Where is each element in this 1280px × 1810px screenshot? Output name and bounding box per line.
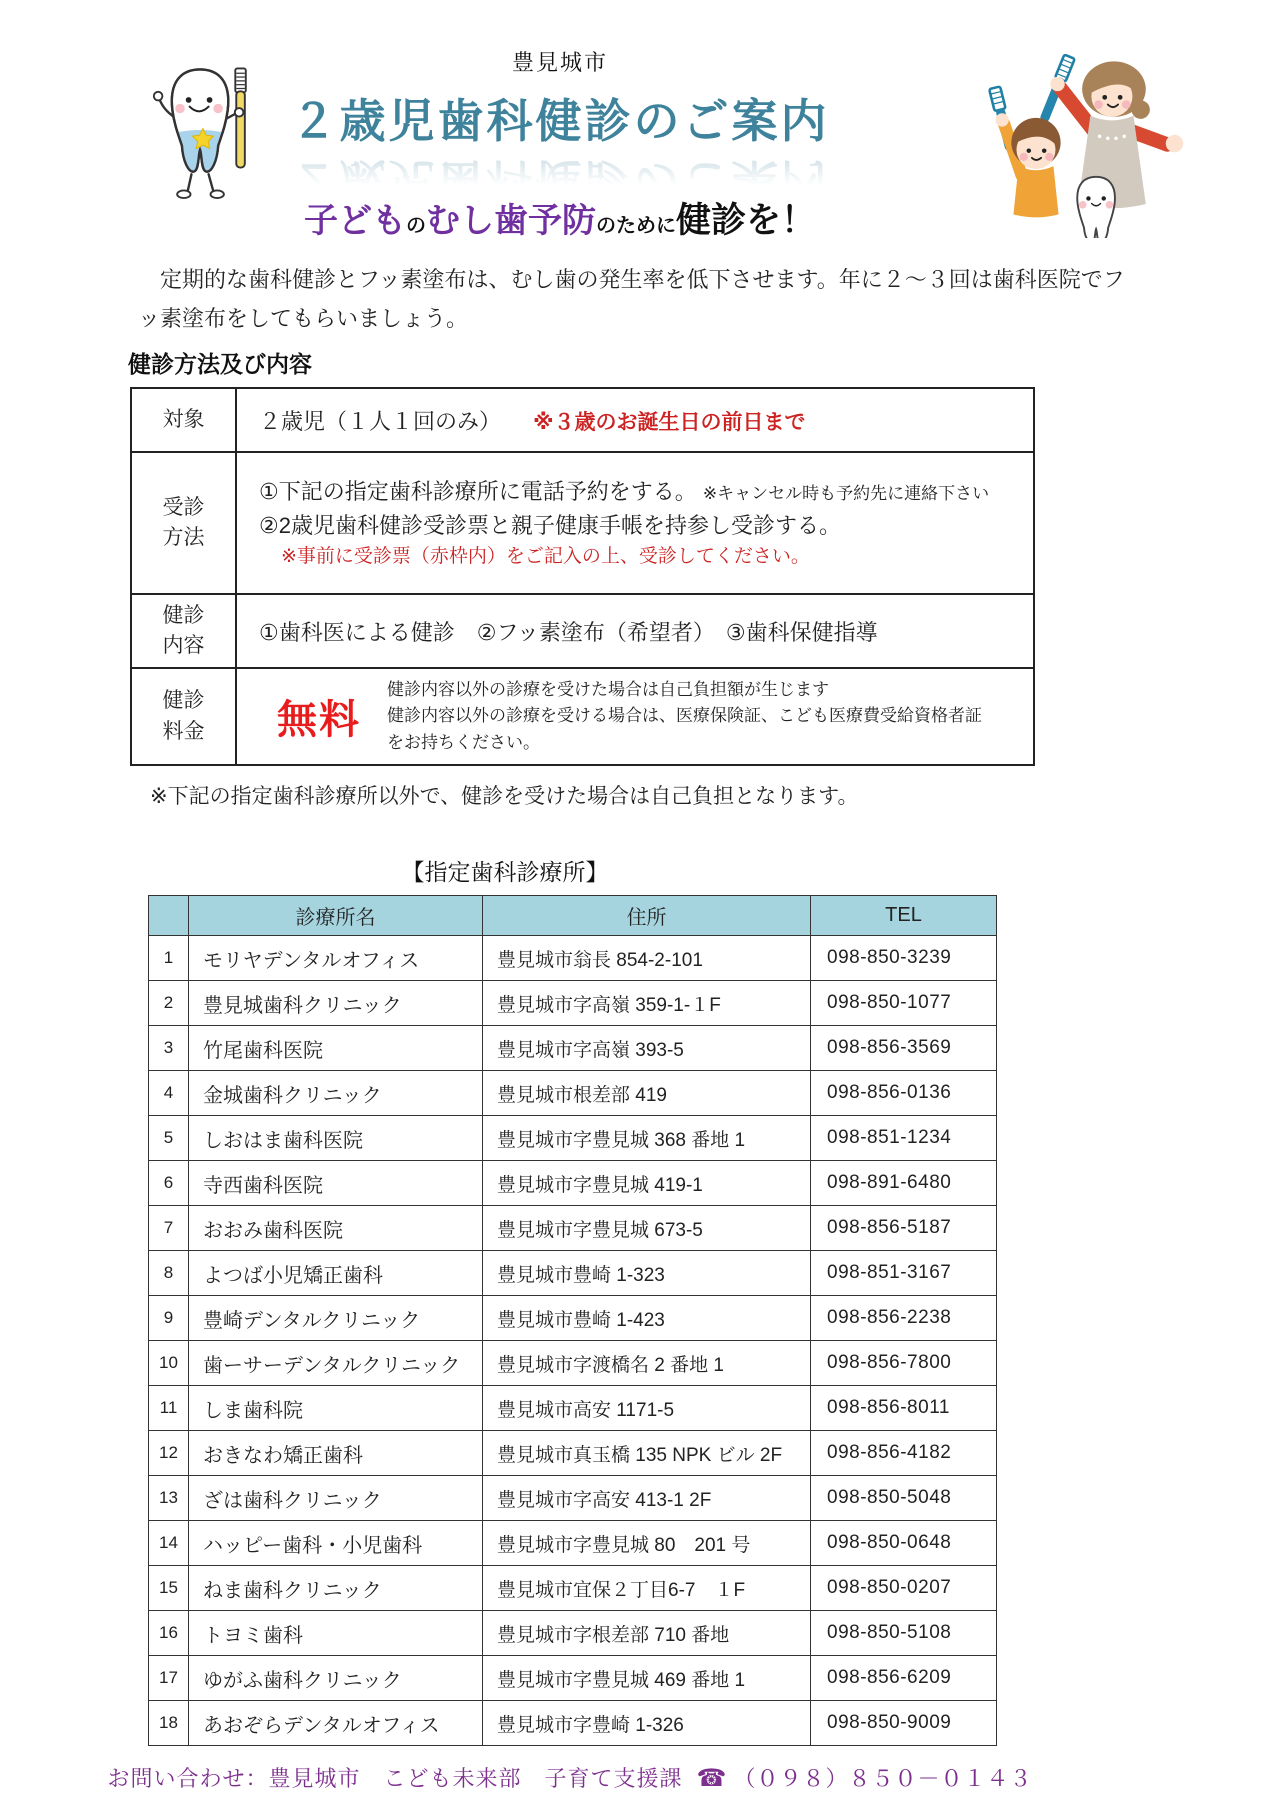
clinic-no: 12 [149, 1431, 189, 1476]
contact-phone: （０９８）８５０－０１４３ [733, 1766, 1032, 1791]
footer-contact: お問い合わせ：豊見城市 こども未来部 子育て支援課☎（０９８）８５０－０１４３ [0, 1762, 1140, 1793]
clinic-no: 9 [149, 1296, 189, 1341]
clinics-heading: 【指定歯科診療所】 [0, 854, 1010, 887]
clinic-tel: 098-850-0207 [811, 1566, 997, 1611]
clinic-address: 豊見城市字豊見城 673-5 [483, 1206, 811, 1251]
flyer-page: 豊見城市 ２歳児歯科健診のご案内 ２歳児歯科健診のご案内 子どものむし歯予防のた… [0, 0, 1280, 1810]
clinic-address: 豊見城市字豊見城 469 番地 1 [483, 1656, 811, 1701]
clinic-no: 6 [149, 1161, 189, 1206]
clinic-no: 17 [149, 1656, 189, 1701]
clinic-row: 2豊見城歯科クリニック豊見城市字高嶺 359-1-１F098-850-1077 [149, 981, 997, 1026]
clinic-tel: 098-856-7800 [811, 1341, 997, 1386]
clinic-address: 豊見城市高安 1171-5 [483, 1386, 811, 1431]
intro-paragraph: 定期的な歯科健診とフッ素塗布は、むし歯の発生率を低下させます。年に２～３回は歯科… [138, 261, 1143, 338]
clinic-tel: 098-856-2238 [811, 1296, 997, 1341]
clinic-address: 豊見城市字豊見城 368 番地 1 [483, 1116, 811, 1161]
fee-free-badge: 無料 [277, 688, 361, 745]
clinic-tel: 098-850-9009 [811, 1701, 997, 1746]
clinics-table-body: 1モリヤデンタルオフィス豊見城市翁長 854-2-101098-850-3239… [149, 936, 997, 1746]
clinic-row: 15ねま歯科クリニック豊見城市宜保２丁目6-7 １F098-850-0207 [149, 1566, 997, 1611]
clinic-no: 11 [149, 1386, 189, 1431]
subtitle-cavity-prevention: むし歯予防 [426, 202, 596, 240]
target-main: ２歳児（１人１回のみ） [259, 409, 501, 434]
clinic-address: 豊見城市字豊見城 419-1 [483, 1161, 811, 1206]
clinic-address: 豊見城市字高嶺 359-1-１F [483, 981, 811, 1026]
clinic-tel: 098-850-3239 [811, 936, 997, 981]
clinic-no: 10 [149, 1341, 189, 1386]
clinics-col-tel: TEL [811, 896, 997, 936]
method-section-heading: 健診方法及び内容 [128, 346, 1280, 379]
clinic-row: 17ゆがふ歯科クリニック豊見城市字豊見城 469 番地 1098-856-620… [149, 1656, 997, 1701]
clinic-row: 3竹尾歯科医院豊見城市字高嶺 393-5098-856-3569 [149, 1026, 997, 1071]
selfpay-note: ※下記の指定歯科診療所以外で、健診を受けた場合は自己負担となります。 [150, 780, 1280, 810]
subtitle-no1: の [406, 215, 426, 237]
clinic-name: 歯ーサーデンタルクリニック [189, 1341, 483, 1386]
method-row-content: 健診内容 ①歯科医による健診 ②フッ素塗布（希望者） ③歯科保健指導 [131, 594, 1034, 668]
clinic-name: 寺西歯科医院 [189, 1161, 483, 1206]
clinic-no: 4 [149, 1071, 189, 1116]
clinic-name: おきなわ矯正歯科 [189, 1431, 483, 1476]
clinic-no: 18 [149, 1701, 189, 1746]
phone-icon: ☎ [697, 1765, 728, 1792]
clinic-no: 7 [149, 1206, 189, 1251]
how-cancel-note: ※キャンセル時も予約先に連絡下さい [703, 484, 989, 503]
clinic-tel: 098-856-5187 [811, 1206, 997, 1251]
clinic-row: 9豊崎デンタルクリニック豊見城市豊崎 1-423098-856-2238 [149, 1296, 997, 1341]
clinic-address: 豊見城市字豊見城 80 201 号 [483, 1521, 811, 1566]
clinic-name: 金城歯科クリニック [189, 1071, 483, 1116]
clinic-address: 豊見城市字根差部 710 番地 [483, 1611, 811, 1656]
clinic-name: モリヤデンタルオフィス [189, 936, 483, 981]
clinic-name: ゆがふ歯科クリニック [189, 1656, 483, 1701]
clinic-row: 1モリヤデンタルオフィス豊見城市翁長 854-2-101098-850-3239 [149, 936, 997, 981]
clinic-address: 豊見城市字渡橋名 2 番地 1 [483, 1341, 811, 1386]
clinic-name: ハッピー歯科・小児歯科 [189, 1521, 483, 1566]
clinic-name: ざは歯科クリニック [189, 1476, 483, 1521]
clinic-address: 豊見城市根差部 419 [483, 1071, 811, 1116]
method-table: 対象 ２歳児（１人１回のみ） ※３歳のお誕生日の前日まで 受診方法 ①下記の指定… [130, 387, 1035, 766]
clinic-tel: 098-856-4182 [811, 1431, 997, 1476]
clinic-name: トヨミ歯科 [189, 1611, 483, 1656]
method-cell-fee: 無料 健診内容以外の診療を受けた場合は自己負担額が生じます 健診内容以外の診療を… [236, 668, 1034, 765]
clinic-row: 7おおみ歯科医院豊見城市字豊見城 673-5098-856-5187 [149, 1206, 997, 1251]
subtitle-for: のために [596, 215, 676, 237]
clinic-tel: 098-891-6480 [811, 1161, 997, 1206]
clinic-address: 豊見城市字高安 413-1 2F [483, 1476, 811, 1521]
clinic-tel: 098-856-6209 [811, 1656, 997, 1701]
method-cell-how: ①下記の指定歯科診療所に電話予約をする。 ※キャンセル時も予約先に連絡下さい ②… [236, 452, 1034, 594]
method-label-fee: 健診料金 [131, 668, 236, 765]
method-row-target: 対象 ２歳児（１人１回のみ） ※３歳のお誕生日の前日まで [131, 388, 1034, 452]
how-step2: ②2歳児歯科健診受診票と親子健康手帳を持参し受診する。 [259, 509, 1019, 543]
clinic-no: 1 [149, 936, 189, 981]
clinic-row: 12おきなわ矯正歯科豊見城市真玉橋 135 NPK ビル 2F098-856-4… [149, 1431, 997, 1476]
clinic-tel: 098-850-1077 [811, 981, 997, 1026]
clinic-no: 5 [149, 1116, 189, 1161]
method-cell-content: ①歯科医による健診 ②フッ素塗布（希望者） ③歯科保健指導 [236, 594, 1034, 668]
clinics-table: 診療所名 住所 TEL 1モリヤデンタルオフィス豊見城市翁長 854-2-101… [148, 895, 997, 1746]
clinic-row: 5しおはま歯科医院豊見城市字豊見城 368 番地 1098-851-1234 [149, 1116, 997, 1161]
clinic-address: 豊見城市翁長 854-2-101 [483, 936, 811, 981]
clinic-row: 18あおぞらデンタルオフィス豊見城市字豊崎 1-326098-850-9009 [149, 1701, 997, 1746]
subtitle-children: 子ども [304, 202, 406, 240]
clinic-address: 豊見城市字豊崎 1-326 [483, 1701, 811, 1746]
clinic-row: 16トヨミ歯科豊見城市字根差部 710 番地098-850-5108 [149, 1611, 997, 1656]
clinic-address: 豊見城市豊崎 1-323 [483, 1251, 811, 1296]
clinic-name: 豊崎デンタルクリニック [189, 1296, 483, 1341]
clinic-name: 豊見城歯科クリニック [189, 981, 483, 1026]
clinic-tel: 098-851-1234 [811, 1116, 997, 1161]
fee-description: 健診内容以外の診療を受けた場合は自己負担額が生じます 健診内容以外の診療を受ける… [387, 677, 982, 756]
clinic-name: しおはま歯科医院 [189, 1116, 483, 1161]
clinic-row: 11しま歯科院豊見城市高安 1171-5098-856-8011 [149, 1386, 997, 1431]
clinic-row: 13ざは歯科クリニック豊見城市字高安 413-1 2F098-850-5048 [149, 1476, 997, 1521]
method-label-target: 対象 [131, 388, 236, 452]
clinic-address: 豊見城市豊崎 1-423 [483, 1296, 811, 1341]
tooth-mascot-illustration [142, 58, 260, 220]
clinic-name: しま歯科院 [189, 1386, 483, 1431]
method-cell-target: ２歳児（１人１回のみ） ※３歳のお誕生日の前日まで [236, 388, 1034, 452]
clinics-header-row: 診療所名 住所 TEL [149, 896, 997, 936]
method-label-content: 健診内容 [131, 594, 236, 668]
clinics-col-no [149, 896, 189, 936]
how-red-note: ※事前に受診票（赤枠内）をご記入の上、受診してください。 [281, 543, 1019, 572]
method-row-fee: 健診料金 無料 健診内容以外の診療を受けた場合は自己負担額が生じます 健診内容以… [131, 668, 1034, 765]
clinic-no: 15 [149, 1566, 189, 1611]
clinic-row: 4金城歯科クリニック豊見城市根差部 419098-856-0136 [149, 1071, 997, 1116]
family-brushing-illustration [958, 48, 1194, 238]
clinic-address: 豊見城市真玉橋 135 NPK ビル 2F [483, 1431, 811, 1476]
clinic-row: 10歯ーサーデンタルクリニック豊見城市字渡橋名 2 番地 1098-856-78… [149, 1341, 997, 1386]
target-red-note: ※３歳のお誕生日の前日まで [533, 411, 805, 434]
clinic-no: 8 [149, 1251, 189, 1296]
clinic-row: 6寺西歯科医院豊見城市字豊見城 419-1098-891-6480 [149, 1161, 997, 1206]
clinic-tel: 098-850-5108 [811, 1611, 997, 1656]
clinic-no: 14 [149, 1521, 189, 1566]
clinic-tel: 098-850-0648 [811, 1521, 997, 1566]
clinic-address: 豊見城市字高嶺 393-5 [483, 1026, 811, 1071]
method-row-how: 受診方法 ①下記の指定歯科診療所に電話予約をする。 ※キャンセル時も予約先に連絡… [131, 452, 1034, 594]
clinic-row: 8よつば小児矯正歯科豊見城市豊崎 1-323098-851-3167 [149, 1251, 997, 1296]
clinic-tel: 098-856-3569 [811, 1026, 997, 1071]
clinic-no: 2 [149, 981, 189, 1026]
title-reflection: ２歳児歯科健診のご案内 [0, 151, 1120, 191]
clinic-name: ねま歯科クリニック [189, 1566, 483, 1611]
clinic-address: 豊見城市宜保２丁目6-7 １F [483, 1566, 811, 1611]
clinic-no: 16 [149, 1611, 189, 1656]
clinic-tel: 098-851-3167 [811, 1251, 997, 1296]
clinic-tel: 098-856-8011 [811, 1386, 997, 1431]
clinic-row: 14ハッピー歯科・小児歯科豊見城市字豊見城 80 201 号098-850-06… [149, 1521, 997, 1566]
clinic-name: あおぞらデンタルオフィス [189, 1701, 483, 1746]
clinic-tel: 098-850-5048 [811, 1476, 997, 1521]
method-label-how: 受診方法 [131, 452, 236, 594]
clinic-tel: 098-856-0136 [811, 1071, 997, 1116]
how-step1: ①下記の指定歯科診療所に電話予約をする。 [259, 479, 697, 504]
clinic-name: 竹尾歯科医院 [189, 1026, 483, 1071]
clinic-name: よつば小児矯正歯科 [189, 1251, 483, 1296]
clinics-col-name: 診療所名 [189, 896, 483, 936]
clinic-no: 3 [149, 1026, 189, 1071]
clinics-col-address: 住所 [483, 896, 811, 936]
subtitle-checkup: 健診を！ [676, 201, 816, 240]
contact-text: お問い合わせ：豊見城市 こども未来部 子育て支援課 [108, 1766, 683, 1791]
clinic-no: 13 [149, 1476, 189, 1521]
clinic-name: おおみ歯科医院 [189, 1206, 483, 1251]
